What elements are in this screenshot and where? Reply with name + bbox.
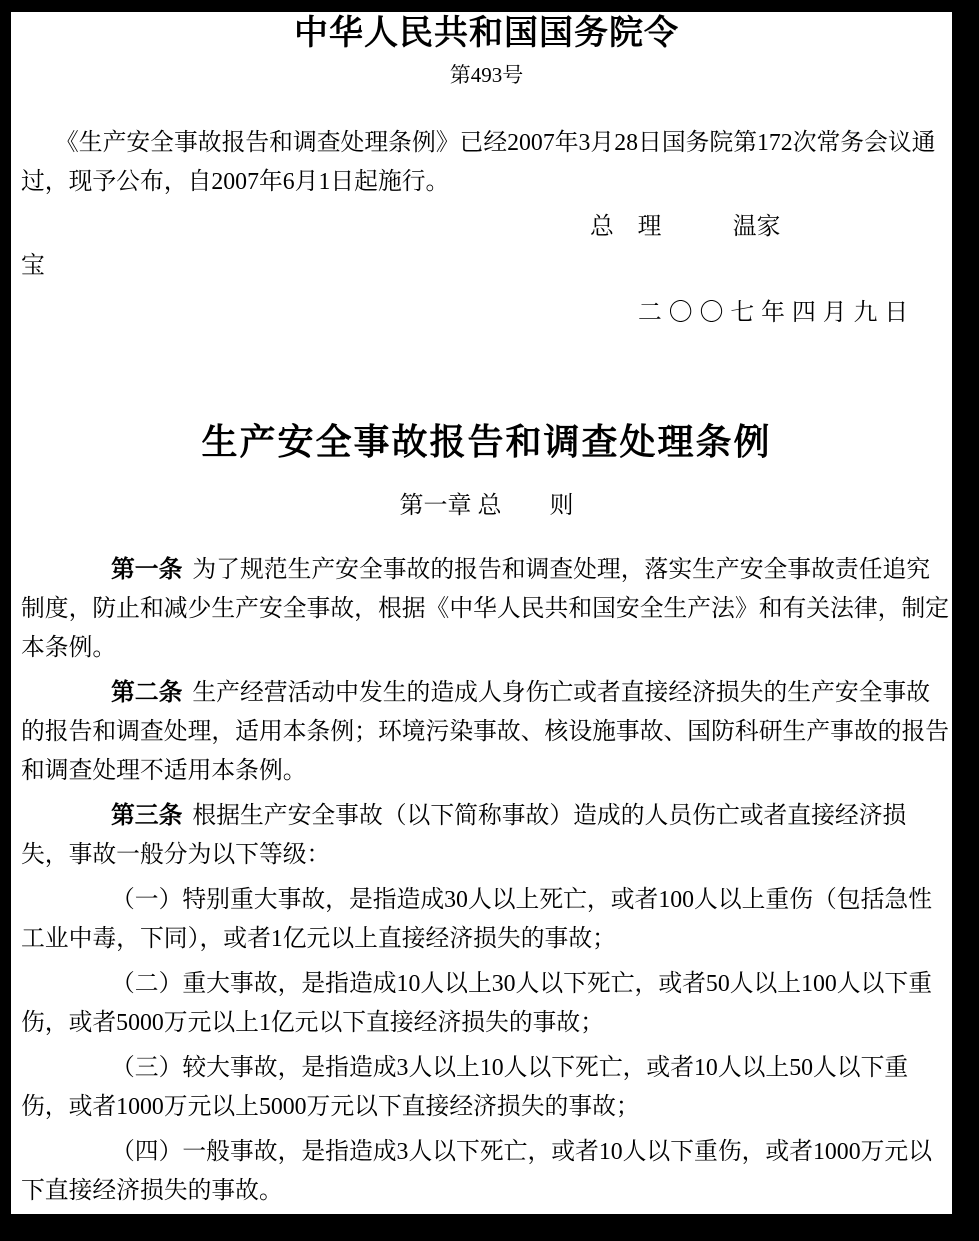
article-label: 第一条	[111, 557, 182, 583]
article-paragraph: 第三条根据生产安全事故（以下简称事故）造成的人员伤亡或者直接经济损失，事故一般分…	[21, 797, 952, 875]
document-page: 中华人民共和国国务院令 第493号 《生产安全事故报告和调查处理条例》已经200…	[11, 12, 952, 1214]
list-item-paragraph: （三）较大事故，是指造成3人以上10人以下死亡，或者10人以上50人以下重伤，或…	[21, 1049, 952, 1127]
decree-number: 第493号	[21, 60, 952, 90]
signature-line-wrap: 宝	[21, 247, 952, 286]
list-item-paragraph: （二）重大事故，是指造成10人以上30人以下死亡，或者50人以上100人以下重伤…	[21, 965, 952, 1043]
signature-line: 总 理 温家	[21, 208, 952, 247]
promulgation-date: 二〇〇七年四月九日	[21, 294, 952, 333]
document-frame: { "document": { "decree_title": "中华人民共和国…	[0, 0, 979, 1241]
article-label: 第二条	[111, 680, 182, 706]
promulgation-paragraph: 《生产安全事故报告和调查处理条例》已经2007年3月28日国务院第172次常务会…	[21, 124, 952, 202]
list-item-paragraph: （一）特别重大事故，是指造成30人以上死亡，或者100人以上重伤（包括急性工业中…	[21, 881, 952, 959]
article-paragraph: 第二条生产经营活动中发生的造成人身伤亡或者直接经济损失的生产安全事故的报告和调查…	[21, 674, 952, 791]
list-item-paragraph: （四）一般事故，是指造成3人以下死亡，或者10人以下重伤，或者1000万元以下直…	[21, 1133, 952, 1211]
decree-title: 中华人民共和国国务院令	[21, 12, 952, 56]
article-label: 第三条	[111, 803, 182, 829]
regulation-title: 生产安全事故报告和调查处理条例	[21, 417, 952, 467]
article-paragraph: 第一条为了规范生产安全事故的报告和调查处理，落实生产安全事故责任追究制度，防止和…	[21, 551, 952, 668]
chapter-heading: 第一章 总 则	[21, 487, 952, 525]
